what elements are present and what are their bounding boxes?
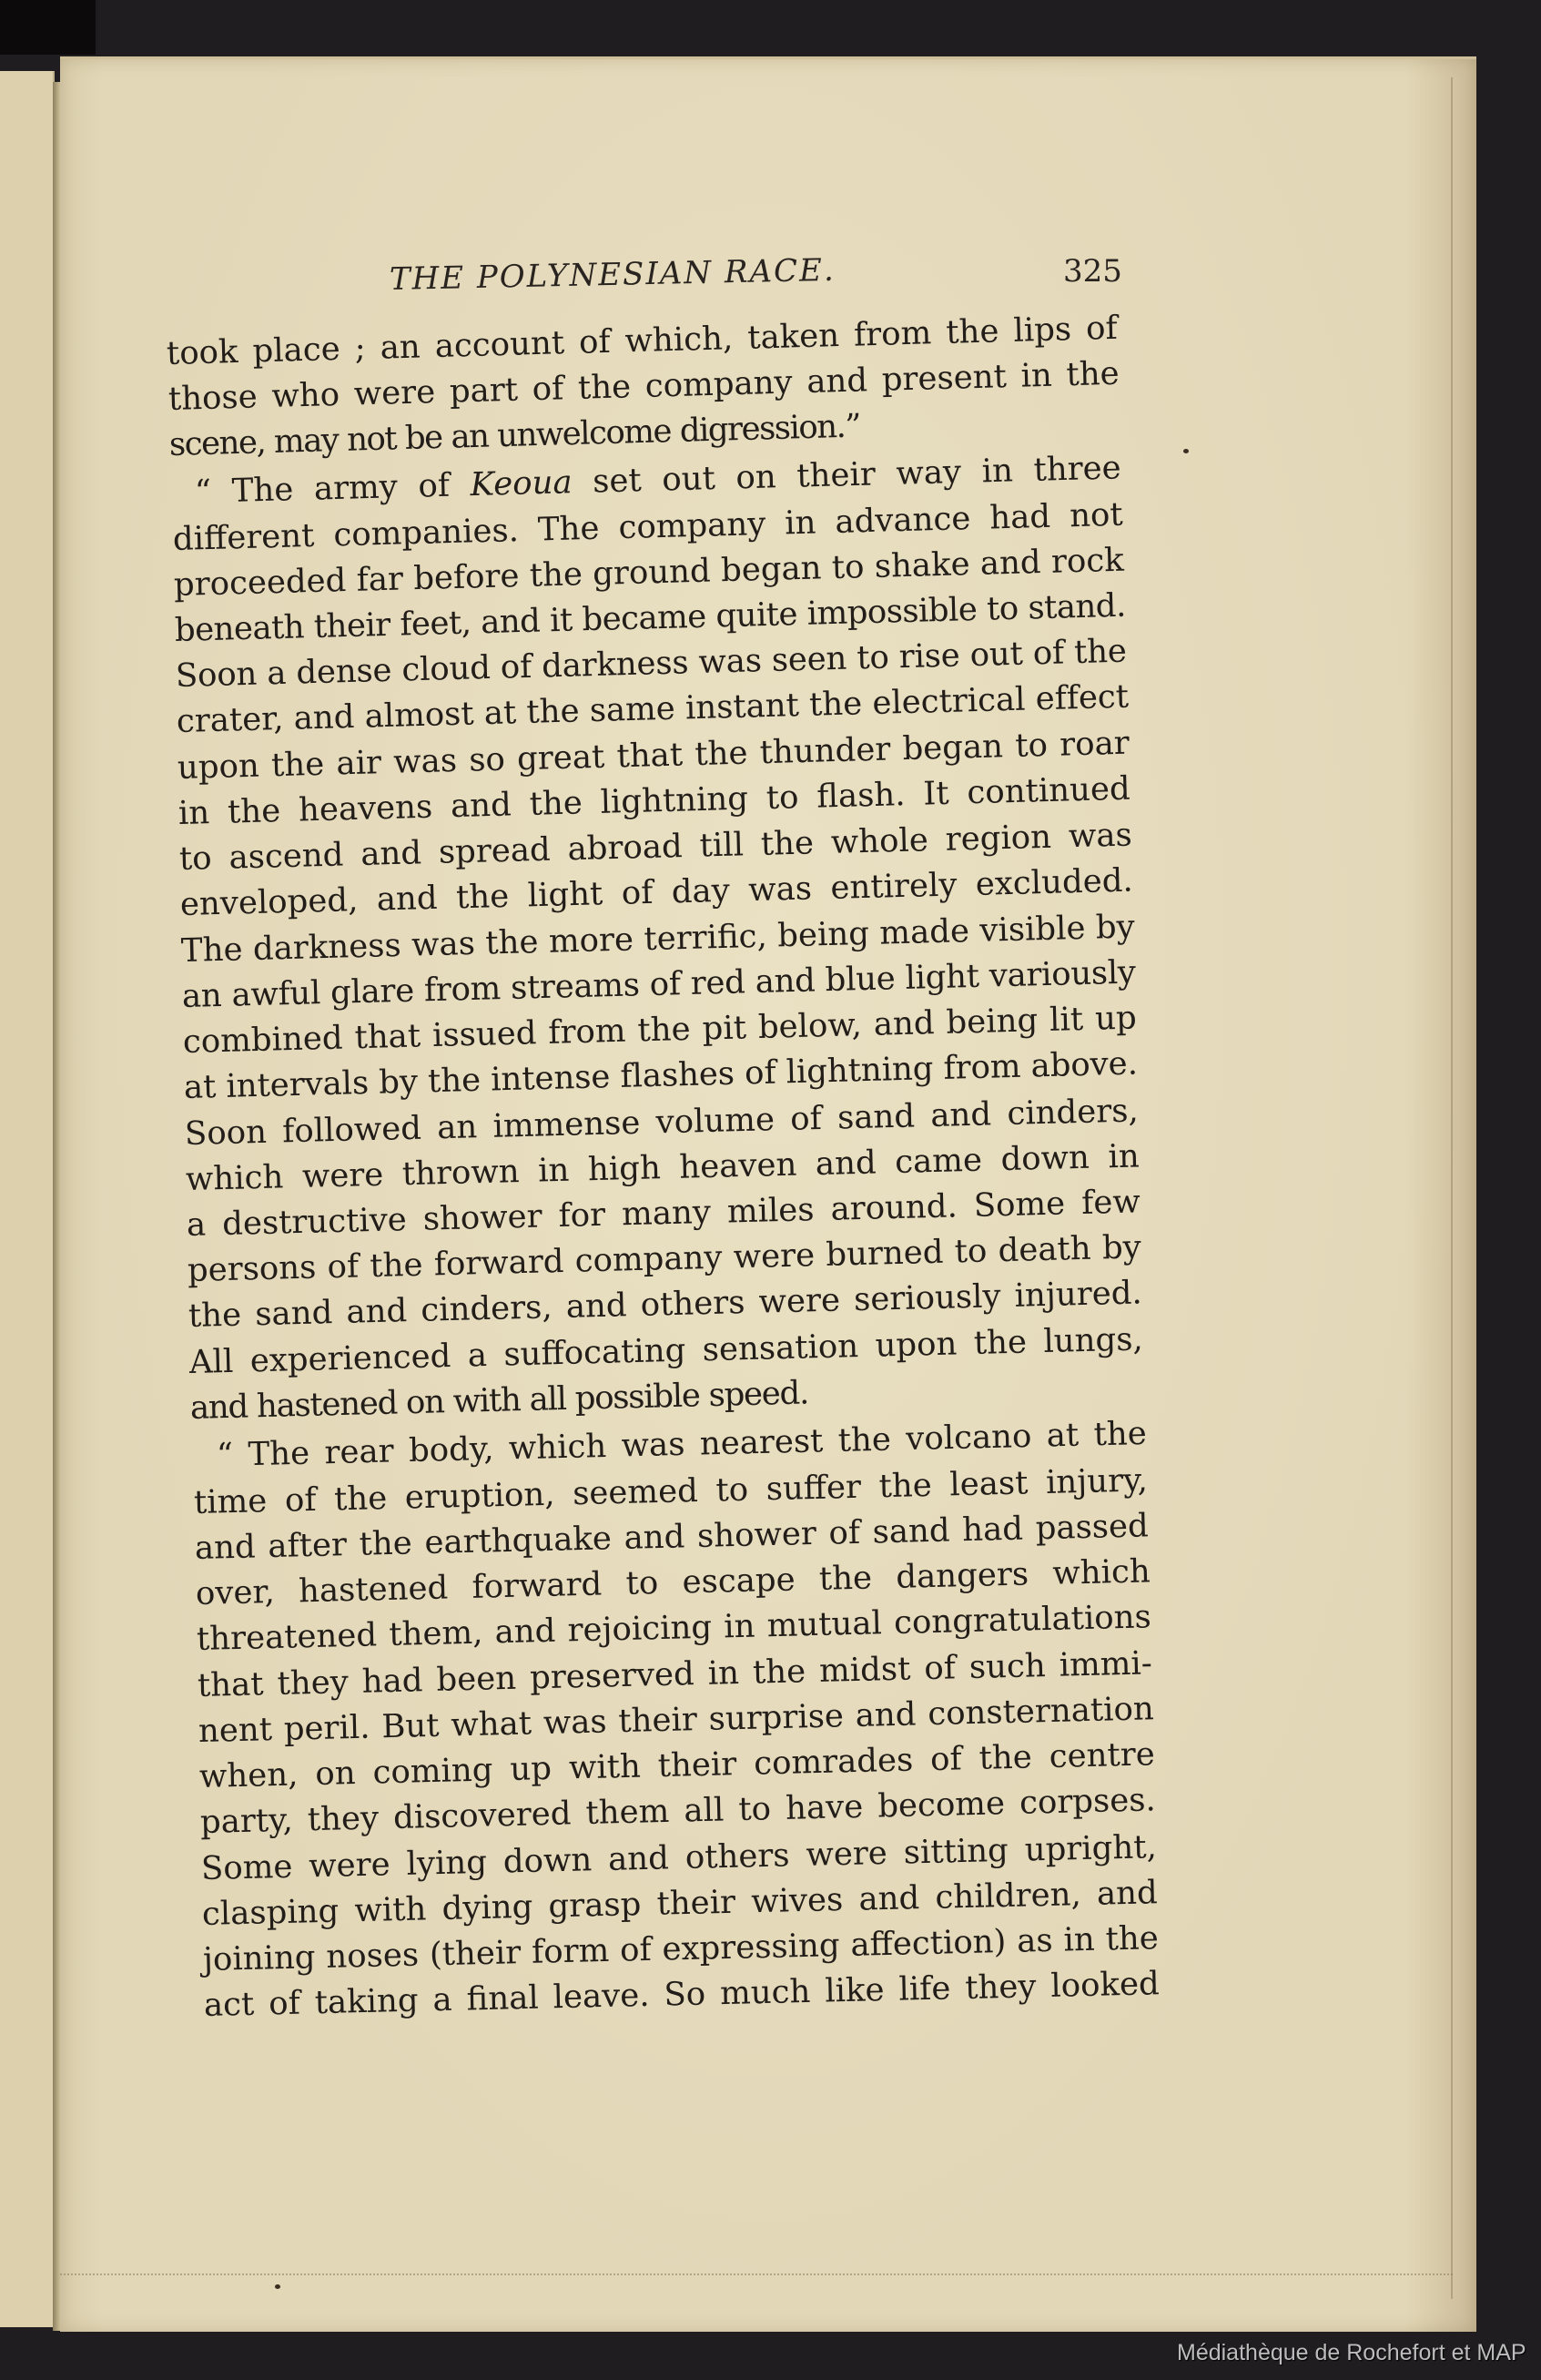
watermark-credit: Médiathèque de Rochefort et MAP (1177, 2340, 1526, 2366)
text-line: and hastened on with all possible speed. (189, 1374, 809, 1427)
text-line: scene, may not be an unwelcome digressio… (168, 407, 861, 463)
text-run: “ The army of (194, 466, 471, 511)
italic-name: Keoua (470, 463, 573, 503)
text-run: set out on their way in three (572, 449, 1121, 501)
body-text: took place ; an account of which, taken … (0, 0, 1541, 2380)
